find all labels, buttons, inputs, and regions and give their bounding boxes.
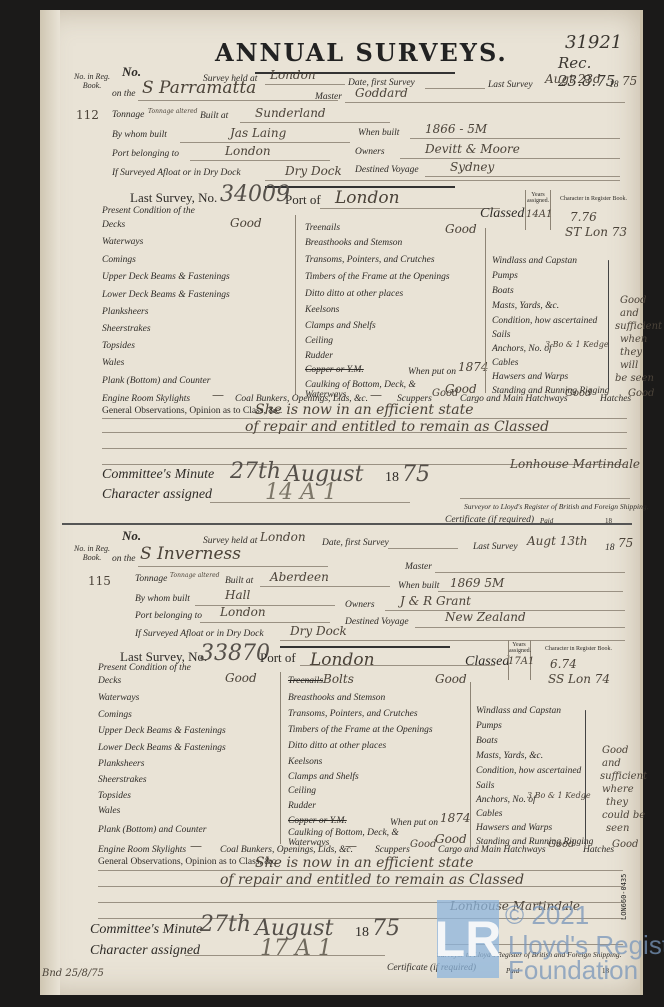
masts-yards-label: Masts, Yards, &c. [492, 301, 559, 311]
coal-bunkers-value: — [370, 388, 382, 402]
survey-document-page: ANNUAL SURVEYS. 31921 Rec. 23.8.75 No. i… [40, 10, 643, 995]
condition-ascertained-label: Condition, how ascertained [476, 766, 581, 776]
observation-line-2: of repair and entitled to remain as Clas… [220, 872, 524, 888]
last-survey-value: Augt 23d [545, 72, 601, 86]
destined-voyage-value: New Zealand [445, 610, 526, 624]
plank-bottom-label: Plank (Bottom) and Counter [102, 376, 210, 386]
when-put-on-label: When put on [390, 818, 438, 828]
treenails-label: Treenails [305, 223, 340, 233]
windlass-label: Windlass and Capstan [492, 256, 577, 266]
cables-label: Cables [492, 358, 518, 368]
tonnage-value: Tonnage altered [170, 572, 219, 579]
timbers-openings-label: Timbers of the Frame at the Openings [288, 725, 433, 735]
margin-number: 115 [88, 574, 111, 588]
rudder-label: Rudder [305, 351, 333, 361]
tonnage-label: Tonnage [112, 110, 144, 120]
treenails-value: Good [445, 222, 477, 236]
cargo-hatchways-value: Good [548, 839, 574, 850]
character-assigned-label: Character assigned [90, 943, 200, 959]
transoms-label: Transoms, Pointers, and Crutches [288, 709, 418, 719]
character-line2: ST Lon 73 [565, 225, 627, 239]
survey-held-at-value: London [260, 530, 306, 544]
last-survey-label: Last Survey [473, 542, 518, 552]
built-at-value: Sunderland [255, 106, 326, 120]
surveyor-line-label: Surveyor to Lloyd's Register of British … [464, 502, 648, 511]
years-assigned-value: 17A1 [508, 656, 534, 667]
section-divider [62, 523, 632, 525]
master-label: Master [405, 562, 432, 572]
topsides-label: Topsides [102, 341, 135, 351]
engine-room-label: Engine Room Skylights [102, 394, 190, 404]
by-whom-built-label: By whom built [135, 594, 190, 604]
last-survey-no-label: Last Survey, No. [130, 190, 217, 206]
timbers-openings-label: Timbers of the Frame at the Openings [305, 272, 450, 282]
no-label: No. [122, 528, 141, 544]
surveyed-afloat-label: If Surveyed Afloat or in Dry Dock [135, 629, 264, 639]
keelsons-label: Keelsons [305, 305, 339, 315]
date-first-survey-label: Date, first Survey [322, 538, 389, 548]
engine-room-value: — [212, 388, 224, 402]
boats-label: Boats [476, 736, 498, 746]
transoms-label: Transoms, Pointers, and Crutches [305, 255, 435, 265]
sails-label: Sails [476, 781, 494, 791]
note-word: be seen [615, 373, 654, 384]
built-at-label: Built at [225, 576, 253, 586]
plankshears-label: Planksheers [102, 307, 148, 317]
margin-note: Bnd 25/8/75 [42, 968, 104, 979]
scuppers-value: Good [410, 839, 436, 850]
plank-bottom-label: Plank (Bottom) and Counter [98, 825, 206, 835]
lower-deck-beams-label: Lower Deck Beams & Fastenings [98, 743, 226, 753]
caulking-value: Good [435, 832, 467, 846]
anchors-value: 3 Bo & 1 Kedge [545, 340, 609, 349]
observation-line-1: She is now in an efficient state [255, 402, 474, 418]
on-the-label: on the [112, 554, 135, 564]
note-word: will [620, 360, 638, 371]
character-assigned-value: 17 A 1 [260, 936, 332, 961]
minute-year-prefix: 18 [355, 925, 369, 941]
note-word: and [602, 758, 621, 769]
scuppers-value: Good [432, 388, 458, 399]
treenails-value: Good [435, 672, 467, 686]
watermark-line-2: Foundation [508, 955, 638, 986]
port-belonging-value: London [225, 144, 271, 158]
watermark-copyright: © 2021 [505, 900, 589, 931]
condition-ascertained-label: Condition, how ascertained [492, 316, 597, 326]
classed-label: Classed [465, 654, 509, 670]
note-word: where [602, 784, 634, 795]
last-survey-no-value: 34009 [220, 182, 290, 207]
hawsers-label: Hawsers and Warps [476, 823, 552, 833]
port-of-label: Port of [285, 192, 321, 208]
dry-dock-value: Dry Dock [290, 624, 347, 638]
corner-number: 31921 [565, 32, 622, 53]
decks-value: Good [230, 216, 262, 230]
dry-dock-value: Dry Dock [285, 164, 342, 178]
built-at-label: Built at [200, 111, 228, 121]
ceiling-label: Ceiling [305, 336, 333, 346]
ditto-other-places-label: Ditto ditto at other places [305, 289, 403, 299]
wales-label: Wales [98, 806, 120, 816]
when-built-value: 1869 5M [450, 576, 504, 590]
when-put-on-value: 1874 [458, 360, 489, 374]
ship-name: S Inverness [140, 544, 241, 564]
topsides-label: Topsides [98, 791, 131, 801]
committees-minute-label: Committee's Minute [102, 467, 214, 483]
anchors-value: 3 Bo & 1 Kedge [527, 791, 591, 800]
character-line1: 6.74 [550, 657, 577, 671]
clamps-shelfs-label: Clamps and Shelfs [288, 772, 359, 782]
present-condition-label: Present Condition of the [98, 663, 191, 673]
treenails-substitute: Bolts [323, 672, 354, 686]
no-in-reg-book-label: No. in Reg. Book. [72, 544, 112, 562]
destined-voyage-value: Sydney [450, 160, 494, 174]
by-whom-built-value: Jas Laing [230, 126, 286, 140]
clamps-shelfs-label: Clamps and Shelfs [305, 321, 376, 331]
port-belonging-label: Port belonging to [135, 611, 202, 621]
note-word: they [620, 347, 642, 358]
ship-name: S Parramatta [142, 78, 256, 98]
comings-label: Comings [98, 710, 132, 720]
masts-yards-label: Masts, Yards, &c. [476, 751, 543, 761]
note-word: sufficient [600, 771, 647, 782]
pumps-label: Pumps [492, 271, 518, 281]
ditto-other-places-label: Ditto ditto at other places [288, 741, 386, 751]
when-built-value: 1866 - 5M [425, 122, 487, 136]
built-at-value: Aberdeen [270, 570, 329, 584]
last-survey-year: 75 [618, 536, 633, 550]
when-put-on-value: 1874 [440, 811, 471, 825]
note-word: Good [620, 295, 646, 306]
by-whom-built-label: By whom built [112, 130, 167, 140]
rudder-label: Rudder [288, 801, 316, 811]
tonnage-value: Tonnage altered [148, 108, 197, 115]
note-word: when [620, 334, 647, 345]
destined-voyage-label: Destined Voyage [345, 617, 409, 627]
keelsons-label: Keelsons [288, 757, 322, 767]
year-prefix: 18 [609, 80, 619, 90]
document-title: ANNUAL SURVEYS. [215, 38, 508, 67]
coal-bunkers-value: — [345, 839, 357, 853]
character-register-label: Character in Register Book. [545, 646, 612, 652]
engine-room-value: — [190, 839, 202, 853]
note-word: and [620, 308, 639, 319]
decks-label: Decks [102, 220, 125, 230]
comings-label: Comings [102, 255, 136, 265]
hawsers-label: Hawsers and Warps [492, 372, 568, 382]
minute-year-prefix: 18 [385, 470, 399, 486]
cables-label: Cables [476, 809, 502, 819]
sails-label: Sails [492, 330, 510, 340]
present-condition-label: Present Condition of the [102, 206, 195, 216]
margin-number: 112 [76, 108, 99, 122]
owners-value: J & R Grant [400, 594, 471, 608]
character-register-label: Character in Register Book. [560, 196, 627, 202]
scuppers-label: Scuppers [375, 845, 410, 855]
last-survey-year: 75 [622, 74, 637, 88]
note-word: could be [602, 810, 645, 821]
lr-logo-icon: LR [437, 900, 499, 978]
side-reference-stamp: LON660-0435 [620, 830, 634, 920]
breasthooks-label: Breasthooks and Stemson [288, 693, 385, 703]
coal-bunkers-label: Coal Bunkers, Openings, Lids, &c. [220, 845, 353, 855]
year-prefix: 18 [605, 543, 615, 553]
treenails-label: Treenails [288, 676, 323, 686]
upper-deck-beams-label: Upper Deck Beams & Fastenings [98, 726, 226, 736]
committees-minute-label: Committee's Minute [90, 922, 202, 938]
no-in-reg-book-label: No. in Reg. Book. [72, 72, 112, 90]
engine-room-label: Engine Room Skylights [98, 845, 186, 855]
surveyed-afloat-label: If Surveyed Afloat or in Dry Dock [112, 168, 241, 178]
cargo-hatchways-label: Cargo and Main Hatchways [438, 845, 546, 855]
owners-value: Devitt & Moore [425, 142, 520, 156]
observation-line-1: She is now in an efficient state [255, 855, 474, 871]
sheerstrakes-label: Sheerstrakes [102, 324, 151, 334]
survey-held-at-value: London [270, 68, 316, 82]
decks-value: Good [225, 671, 257, 685]
note-word: sufficient [615, 321, 662, 332]
owners-label: Owners [355, 147, 385, 157]
waterways-label: Waterways [98, 693, 139, 703]
master-value: Goddard [355, 86, 408, 100]
copper-ym-label: Copper or Y.M. [305, 365, 364, 375]
by-whom-built-value: Hall [225, 588, 250, 602]
note-word: Good [602, 745, 628, 756]
windlass-label: Windlass and Capstan [476, 706, 561, 716]
upper-deck-beams-label: Upper Deck Beams & Fastenings [102, 272, 230, 282]
hatches-value: Good [628, 388, 654, 399]
when-built-label: When built [358, 128, 399, 138]
destined-voyage-label: Destined Voyage [355, 165, 419, 175]
tonnage-label: Tonnage [135, 574, 167, 584]
master-label: Master [315, 92, 342, 102]
general-observations-label: General Observations, Opinion as to Clas… [98, 857, 278, 867]
decks-label: Decks [98, 676, 121, 686]
cargo-hatchways-label: Cargo and Main Hatchways [460, 394, 568, 404]
port-of-value: London [310, 650, 375, 670]
years-assigned-label: Years assigned. [509, 642, 529, 654]
port-belonging-value: London [220, 605, 266, 619]
sheerstrakes-label: Sheerstrakes [98, 775, 147, 785]
breasthooks-label: Breasthooks and Stemson [305, 238, 402, 248]
boats-label: Boats [492, 286, 514, 296]
when-put-on-label: When put on [408, 367, 456, 377]
port-of-value: London [335, 188, 400, 208]
character-line2: SS Lon 74 [548, 672, 610, 686]
plankshears-label: Planksheers [98, 759, 144, 769]
character-assigned-label: Character assigned [102, 487, 212, 503]
hatches-label: Hatches [583, 845, 614, 855]
waterways-label: Waterways [102, 237, 143, 247]
when-built-label: When built [398, 581, 439, 591]
minute-day: 27th [200, 912, 251, 937]
note-word: they [606, 797, 628, 808]
minute-year: 75 [402, 462, 430, 487]
classed-label: Classed [480, 206, 524, 222]
port-belonging-label: Port belonging to [112, 149, 179, 159]
years-assigned-value: 14A1 [526, 209, 552, 220]
years-assigned-label: Years assigned. [527, 192, 549, 204]
character-line1: 7.76 [570, 210, 597, 224]
ceiling-label: Ceiling [288, 786, 316, 796]
pumps-label: Pumps [476, 721, 502, 731]
port-of-label: Port of [260, 650, 296, 666]
lower-deck-beams-label: Lower Deck Beams & Fastenings [102, 290, 230, 300]
no-label: No. [122, 64, 141, 80]
cargo-hatchways-value: Good [565, 388, 591, 399]
anchors-label: Anchors, No. of [492, 344, 552, 354]
observation-line-2: of repair and entitled to remain as Clas… [245, 419, 549, 435]
hatches-label: Hatches [600, 394, 631, 404]
on-the-label: on the [112, 89, 135, 99]
surveyor-signature: Lonhouse Martindale [510, 457, 640, 471]
owners-label: Owners [345, 600, 375, 610]
copper-ym-label: Copper or Y.M. [288, 816, 347, 826]
wales-label: Wales [102, 358, 124, 368]
minute-year: 75 [372, 916, 400, 941]
last-survey-value: Augt 13th [527, 534, 588, 548]
last-survey-label: Last Survey [488, 80, 533, 90]
